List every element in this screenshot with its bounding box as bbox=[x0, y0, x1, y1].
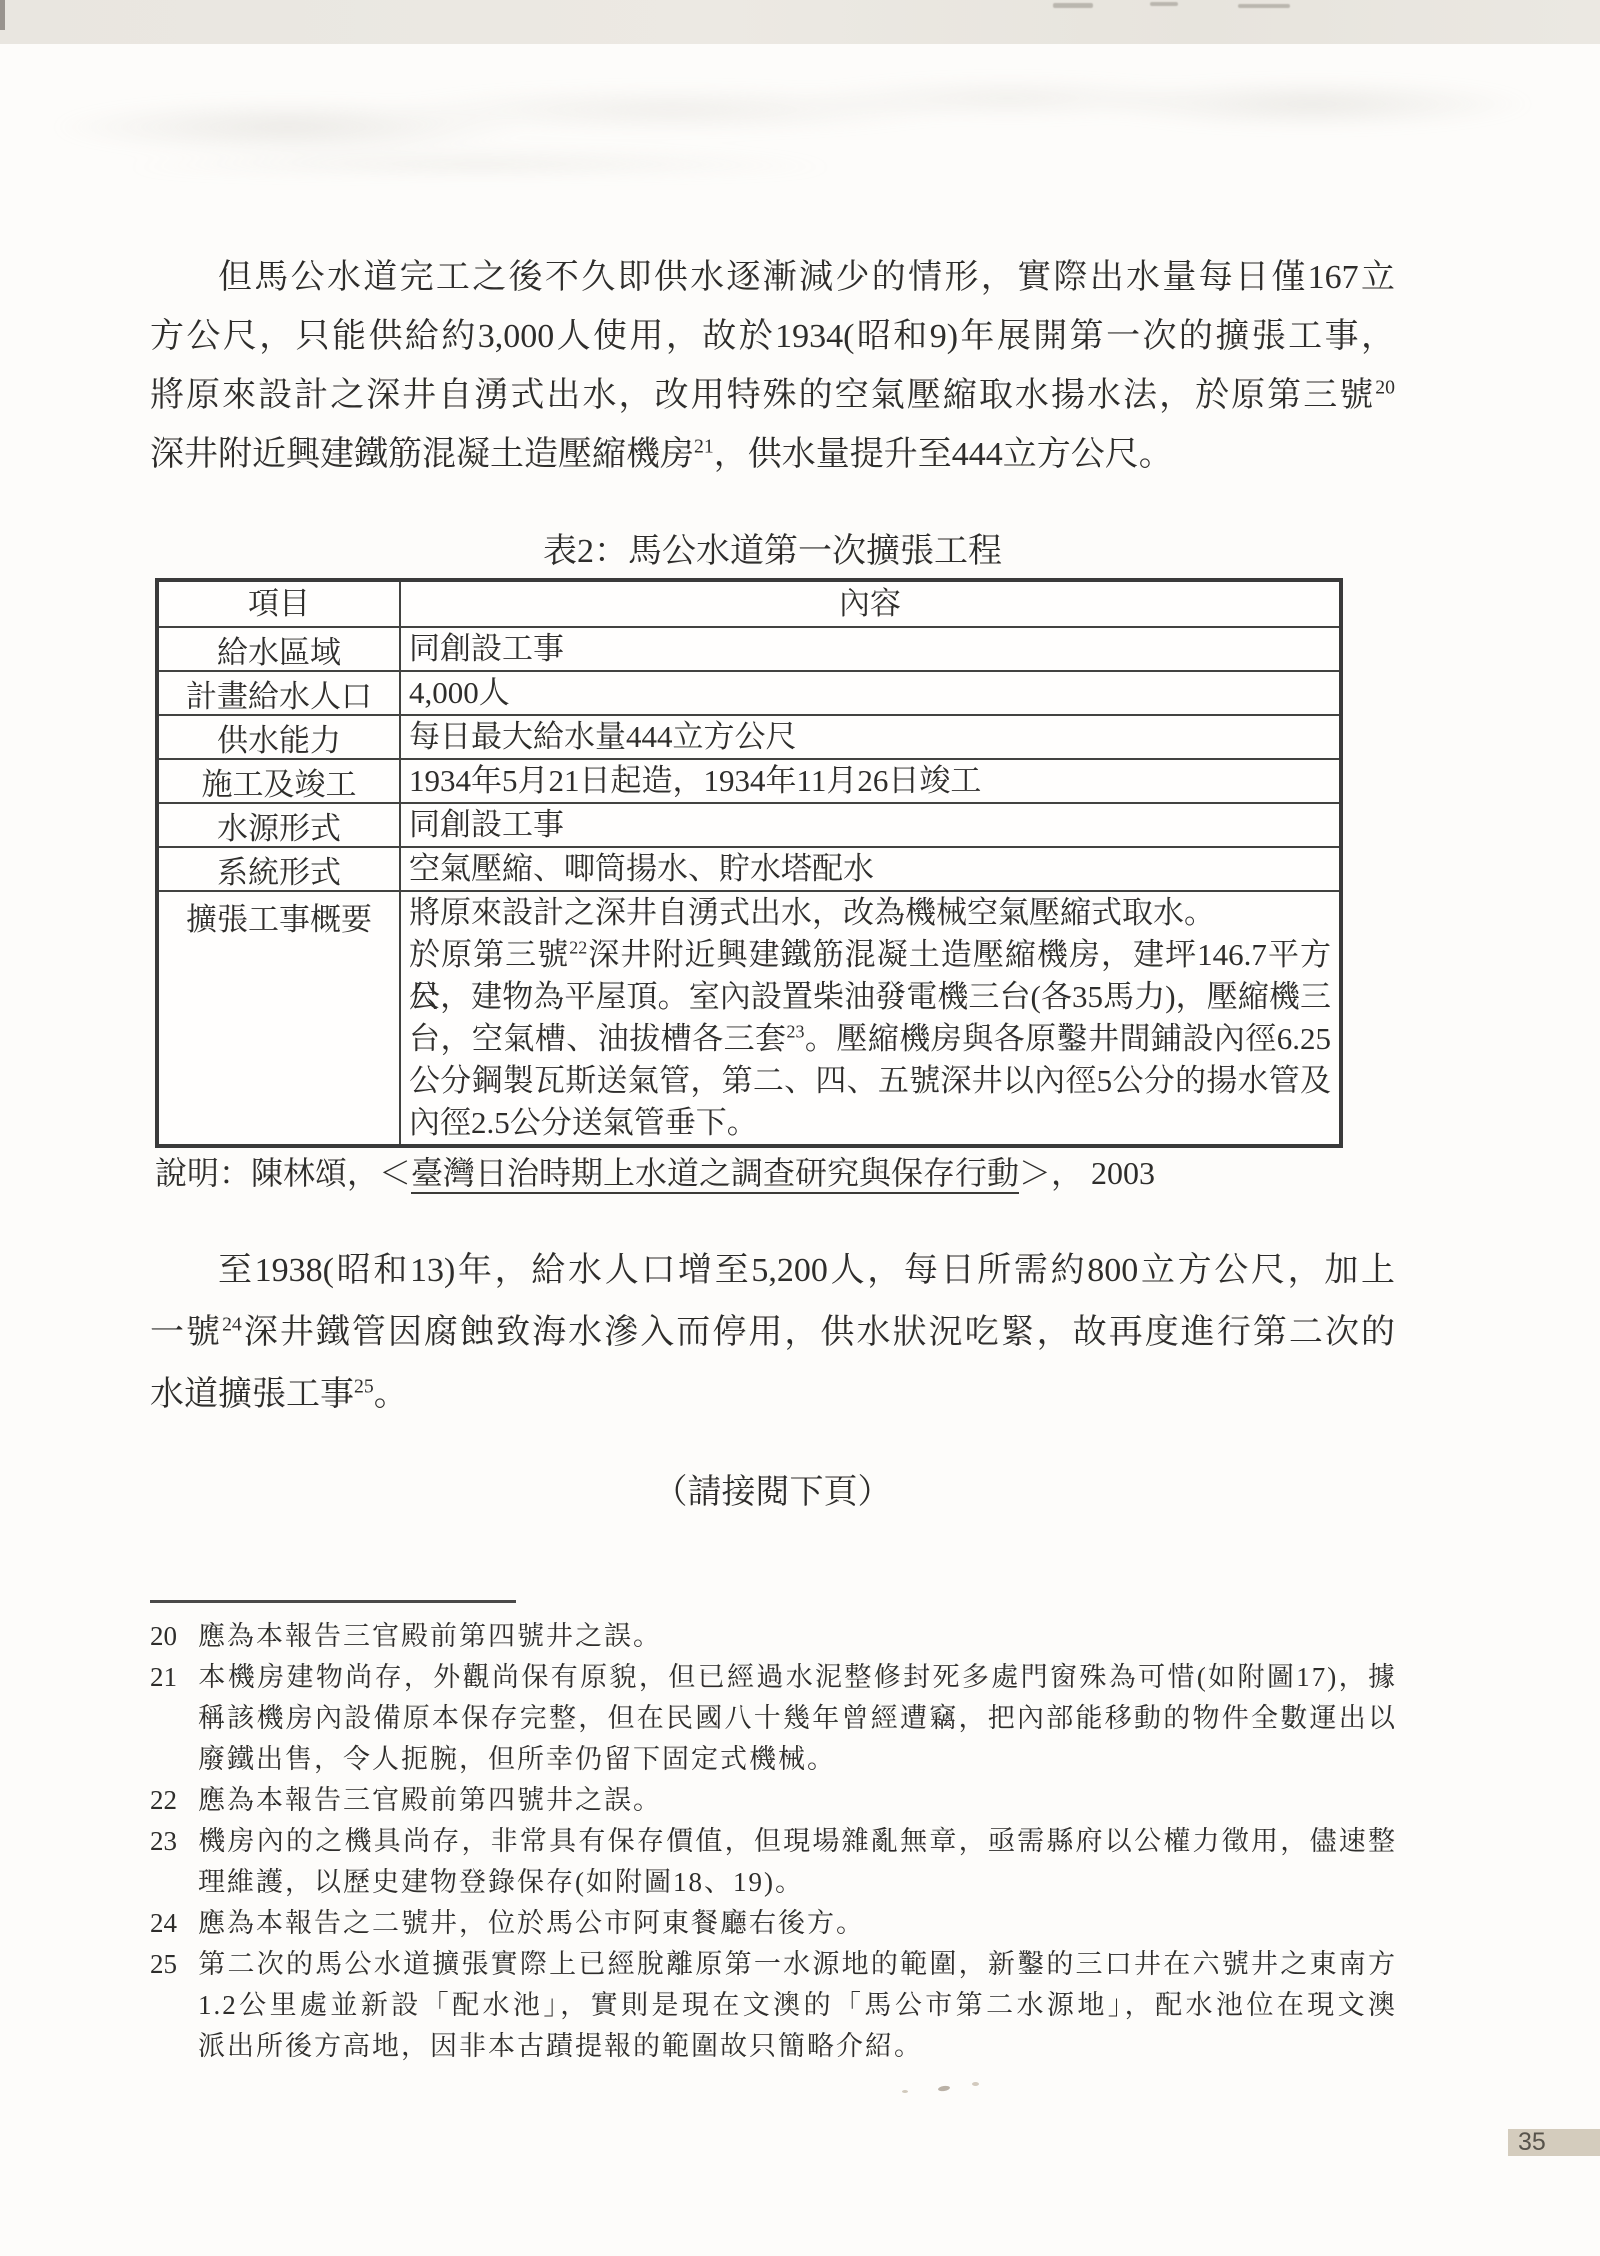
footnote-number: 20 bbox=[150, 1616, 198, 1657]
table-row: 水源形式同創設工事 bbox=[159, 802, 1339, 846]
scan-smudge-band bbox=[0, 58, 1600, 173]
footnote-line: 20應為本報告三官殿前第四號井之誤。 bbox=[150, 1616, 1397, 1657]
footnote-separator-rule bbox=[150, 1600, 516, 1603]
text-line: 深井附近興建鐵筋混凝土造壓縮機房21，供水量提升至444立方公尺。 bbox=[150, 425, 1395, 484]
table-row-label: 施工及竣工 bbox=[159, 760, 401, 802]
table-row: 計畫給水人口4,000人 bbox=[159, 670, 1339, 714]
footnote-number: 25 bbox=[150, 1944, 198, 1985]
footnote-line: 21本機房建物尚存，外觀尚保有原貌，但已經過水泥整修封死多處門窗殊為可惜(如附圖… bbox=[150, 1657, 1397, 1698]
footnote: 21本機房建物尚存，外觀尚保有原貌，但已經過水泥整修封死多處門窗殊為可惜(如附圖… bbox=[150, 1657, 1397, 1780]
table-row-content: 每日最大給水量444立方公尺 bbox=[401, 716, 1339, 758]
table-row: 供水能力每日最大給水量444立方公尺 bbox=[159, 714, 1339, 758]
text-line: 將原來設計之深井自湧式出水，改用特殊的空氣壓縮取水揚水法，於原第三號20 bbox=[150, 366, 1395, 425]
table-title: 表2：馬公水道第一次擴張工程 bbox=[150, 527, 1395, 577]
text-line: 內徑2.5公分送氣管垂下。 bbox=[409, 1102, 1331, 1144]
footnote-line: 廢鐵出售，令人扼腕，但所幸仍留下固定式機械。 bbox=[150, 1739, 1397, 1780]
footnote: 24應為本報告之二號井，位於馬公市阿東餐廳右後方。 bbox=[150, 1903, 1397, 1944]
text-line: 一號24深井鐵管因腐蝕致海水滲入而停用，供水狀況吃緊，故再度進行第二次的 bbox=[150, 1302, 1395, 1364]
footnote-ref: 21 bbox=[694, 436, 714, 458]
footnote-ref: 24 bbox=[222, 1314, 242, 1336]
scan-corner-mark bbox=[0, 0, 5, 30]
text-line: 將原來設計之深井自湧式出水，改為機械空氣壓縮式取水。 bbox=[409, 892, 1331, 934]
footnote-number: 23 bbox=[150, 1821, 198, 1862]
footnote-line: 理維護，以歷史建物登錄保存(如附圖18、19)。 bbox=[150, 1862, 1397, 1903]
footnote-line: 22應為本報告三官殿前第四號井之誤。 bbox=[150, 1780, 1397, 1821]
text-line: 台，空氣槽、油拔槽各三套23。壓縮機房與各原鑿井間鋪設內徑6.25 bbox=[409, 1018, 1331, 1060]
table-row-content: 1934年5月21日起造，1934年11月26日竣工 bbox=[401, 760, 1339, 802]
source-note-suffix: ＞， 2003 bbox=[1019, 1155, 1155, 1191]
footnote-line: 稱該機房內設備原本保存完整，但在民國八十幾年曾經遭竊，把內部能移動的物件全數運出… bbox=[150, 1698, 1397, 1739]
footnote-line: 23機房內的之機具尚存，非常具有保存價值，但現場雜亂無章，亟需縣府以公權力徵用，… bbox=[150, 1821, 1397, 1862]
footnotes-section: 20應為本報告三官殿前第四號井之誤。21本機房建物尚存，外觀尚保有原貌，但已經過… bbox=[150, 1616, 1397, 2067]
footnote-ref: 23 bbox=[786, 1022, 804, 1042]
text-line: 尺，建物為平屋頂。室內設置柴油發電機三台(各35馬力)，壓縮機三 bbox=[409, 976, 1331, 1018]
expansion-works-table: 項目內容給水區域同創設工事計畫給水人口4,000人供水能力每日最大給水量444立… bbox=[155, 578, 1343, 1148]
table-row: 施工及竣工1934年5月21日起造，1934年11月26日竣工 bbox=[159, 758, 1339, 802]
scan-top-band bbox=[0, 0, 1600, 44]
scan-ghost-mark bbox=[1053, 3, 1093, 8]
table-header-item: 項目 bbox=[159, 582, 401, 626]
table-row-content: 4,000人 bbox=[401, 672, 1339, 714]
table-row-content: 同創設工事 bbox=[401, 804, 1339, 846]
footnote-line: 1.2公里處並新設「配水池」，實則是現在文澳的「馬公市第二水源地」，配水池位在現… bbox=[150, 1985, 1397, 2026]
paragraph-2: 至1938(昭和13)年，給水人口增至5,200人，每日所需約800立方公尺，加… bbox=[150, 1240, 1395, 1426]
table-row: 擴張工事概要將原來設計之深井自湧式出水，改為機械空氣壓縮式取水。於原第三號22深… bbox=[159, 890, 1339, 1144]
table-header-row: 項目內容 bbox=[159, 582, 1339, 626]
continue-next-page-note: （請接閱下頁） bbox=[150, 1462, 1395, 1524]
table-row-label: 擴張工事概要 bbox=[159, 892, 401, 1144]
page-number-box: 35 bbox=[1508, 2129, 1600, 2156]
table-row-content: 同創設工事 bbox=[401, 628, 1339, 670]
footnote-number: 22 bbox=[150, 1780, 198, 1821]
table-row-label: 供水能力 bbox=[159, 716, 401, 758]
footnote-line: 派出所後方高地，因非本古蹟提報的範圍故只簡略介紹。 bbox=[150, 2026, 1397, 2067]
footnote: 20應為本報告三官殿前第四號井之誤。 bbox=[150, 1616, 1397, 1657]
scan-ghost-mark bbox=[1238, 4, 1290, 8]
footnote-line: 24應為本報告之二號井，位於馬公市阿東餐廳右後方。 bbox=[150, 1903, 1397, 1944]
table-row-label: 計畫給水人口 bbox=[159, 672, 401, 714]
table-row: 系統形式空氣壓縮、唧筒揚水、貯水塔配水 bbox=[159, 846, 1339, 890]
table-row: 給水區域同創設工事 bbox=[159, 626, 1339, 670]
table-row-content: 將原來設計之深井自湧式出水，改為機械空氣壓縮式取水。於原第三號22深井附近興建鐵… bbox=[401, 892, 1339, 1144]
text-line: 但馬公水道完工之後不久即供水逐漸減少的情形，實際出水量每日僅167立 bbox=[150, 248, 1395, 307]
footnote-ref: 20 bbox=[1375, 377, 1395, 399]
footnote: 22應為本報告三官殿前第四號井之誤。 bbox=[150, 1780, 1397, 1821]
footnote-ref: 25 bbox=[354, 1376, 374, 1398]
scan-ghost-mark bbox=[1150, 2, 1178, 6]
table-source-note: 說明：陳林頌，＜臺灣日治時期上水道之調查研究與保存行動＞， 2003 bbox=[155, 1150, 1400, 1196]
footnote-ref: 22 bbox=[569, 938, 587, 958]
table-row-label: 給水區域 bbox=[159, 628, 401, 670]
text-line: 水道擴張工事25。 bbox=[150, 1364, 1395, 1426]
table-header-content: 內容 bbox=[401, 582, 1339, 626]
scan-speck bbox=[938, 2085, 951, 2092]
footnote-number: 21 bbox=[150, 1657, 198, 1698]
text-line: 方公尺，只能供給約3,000人使用，故於1934(昭和9)年展開第一次的擴張工事… bbox=[150, 307, 1395, 366]
text-line: 公分鋼製瓦斯送氣管，第二、四、五號深井以內徑5公分的揚水管及 bbox=[409, 1060, 1331, 1102]
table-row-label: 水源形式 bbox=[159, 804, 401, 846]
text-line: 至1938(昭和13)年，給水人口增至5,200人，每日所需約800立方公尺，加… bbox=[150, 1240, 1395, 1302]
table-row-label: 系統形式 bbox=[159, 848, 401, 890]
footnote-line: 25第二次的馬公水道擴張實際上已經脫離原第一水源地的範圍，新鑿的三口井在六號井之… bbox=[150, 1944, 1397, 1985]
page-number: 35 bbox=[1508, 2129, 1600, 2156]
paragraph-1: 但馬公水道完工之後不久即供水逐漸減少的情形，實際出水量每日僅167立方公尺，只能… bbox=[150, 248, 1395, 484]
text-line: 於原第三號22深井附近興建鐵筋混凝土造壓縮機房，建坪146.7平方公 bbox=[409, 934, 1331, 976]
table-row-content: 空氣壓縮、唧筒揚水、貯水塔配水 bbox=[401, 848, 1339, 890]
footnote: 25第二次的馬公水道擴張實際上已經脫離原第一水源地的範圍，新鑿的三口井在六號井之… bbox=[150, 1944, 1397, 2067]
source-note-prefix: 說明：陳林頌，＜ bbox=[155, 1155, 411, 1191]
footnote: 23機房內的之機具尚存，非常具有保存價值，但現場雜亂無章，亟需縣府以公權力徵用，… bbox=[150, 1821, 1397, 1903]
source-note-title: 臺灣日治時期上水道之調查研究與保存行動 bbox=[411, 1155, 1019, 1194]
footnote-number: 24 bbox=[150, 1903, 198, 1944]
scan-speck bbox=[972, 2082, 979, 2086]
scanned-document-page: 但馬公水道完工之後不久即供水逐漸減少的情形，實際出水量每日僅167立方公尺，只能… bbox=[0, 0, 1600, 2256]
scan-speck bbox=[902, 2090, 908, 2093]
